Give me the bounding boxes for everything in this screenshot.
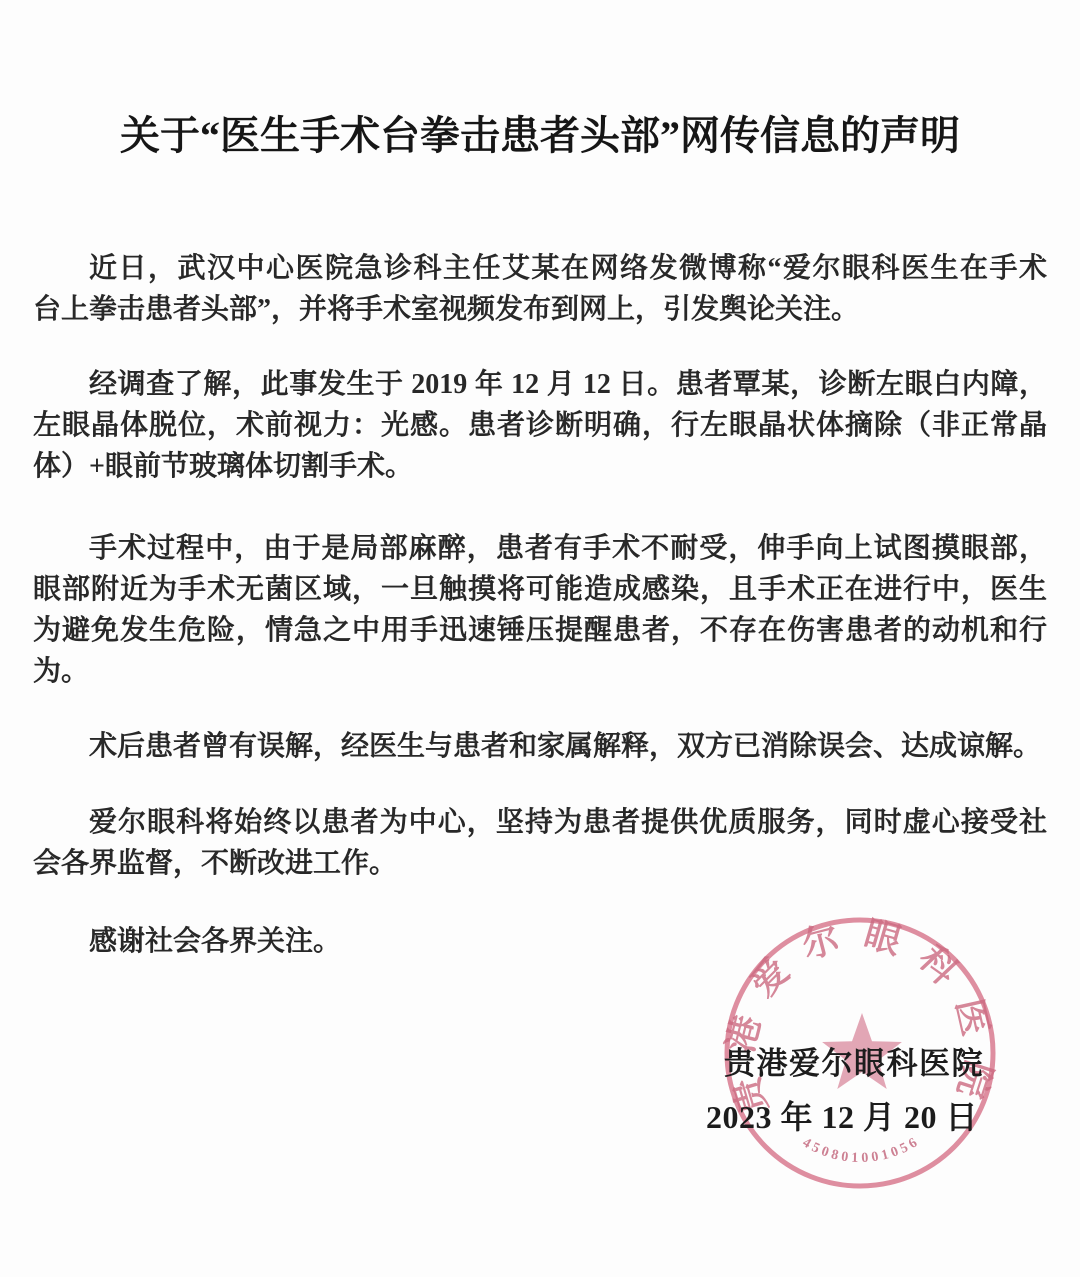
signature-date: 2023 年 12 月 20 日	[706, 1092, 984, 1138]
statement-document: 关于“医生手术台拳击患者头部”网传信息的声明 近日，武汉中心医院急诊科主任艾某在…	[0, 0, 1080, 1277]
text-line: 左眼晶体脱位，术前视力：光感。患者诊断明确，行左眼晶状体摘除（非正常晶	[33, 405, 1047, 446]
text-line: 体）+眼前节玻璃体切割手术。	[33, 446, 1047, 487]
signature-org: 贵港爱尔眼科医院	[724, 1038, 984, 1083]
document-title: 关于“医生手术台拳击患者头部”网传信息的声明	[0, 0, 1080, 162]
text-line: 术后患者曾有误解，经医生与患者和家属解释，双方已消除误会、达成谅解。	[33, 726, 1047, 767]
paragraph: 近日，武汉中心医院急诊科主任艾某在网络发微博称“爱尔眼科医生在手术台上拳击患者头…	[33, 248, 1047, 330]
paragraph: 术后患者曾有误解，经医生与患者和家属解释，双方已消除误会、达成谅解。	[33, 726, 1047, 767]
paragraph: 经调查了解，此事发生于 2019 年 12 月 12 日。患者覃某，诊断左眼白内…	[33, 364, 1047, 487]
text-line: 近日，武汉中心医院急诊科主任艾某在网络发微博称“爱尔眼科医生在手术	[33, 248, 1047, 289]
text-line: 为。	[33, 651, 1047, 692]
text-line: 台上拳击患者头部”，并将手术室视频发布到网上，引发舆论关注。	[33, 289, 1047, 330]
text-line: 为避免发生危险，情急之中用手迅速锤压提醒患者，不存在伤害患者的动机和行	[33, 610, 1047, 651]
text-line: 手术过程中，由于是局部麻醉，患者有手术不耐受，伸手向上试图摸眼部，	[33, 528, 1047, 569]
document-body: 近日，武汉中心医院急诊科主任艾某在网络发微博称“爱尔眼科医生在手术台上拳击患者头…	[33, 248, 1047, 962]
text-line: 爱尔眼科将始终以患者为中心，坚持为患者提供优质服务，同时虚心接受社	[33, 802, 1047, 843]
text-line: 会各界监督，不断改进工作。	[33, 843, 1047, 884]
text-line: 眼部附近为手术无菌区域，一旦触摸将可能造成感染，且手术正在进行中，医生	[33, 569, 1047, 610]
paragraph: 爱尔眼科将始终以患者为中心，坚持为患者提供优质服务，同时虚心接受社会各界监督，不…	[33, 802, 1047, 884]
paragraph: 手术过程中，由于是局部麻醉，患者有手术不耐受，伸手向上试图摸眼部，眼部附近为手术…	[33, 528, 1047, 692]
text-line: 经调查了解，此事发生于 2019 年 12 月 12 日。患者覃某，诊断左眼白内…	[33, 364, 1047, 405]
signature-block: 贵港爱尔眼科医院 2023 年 12 月 20 日	[706, 1038, 984, 1138]
